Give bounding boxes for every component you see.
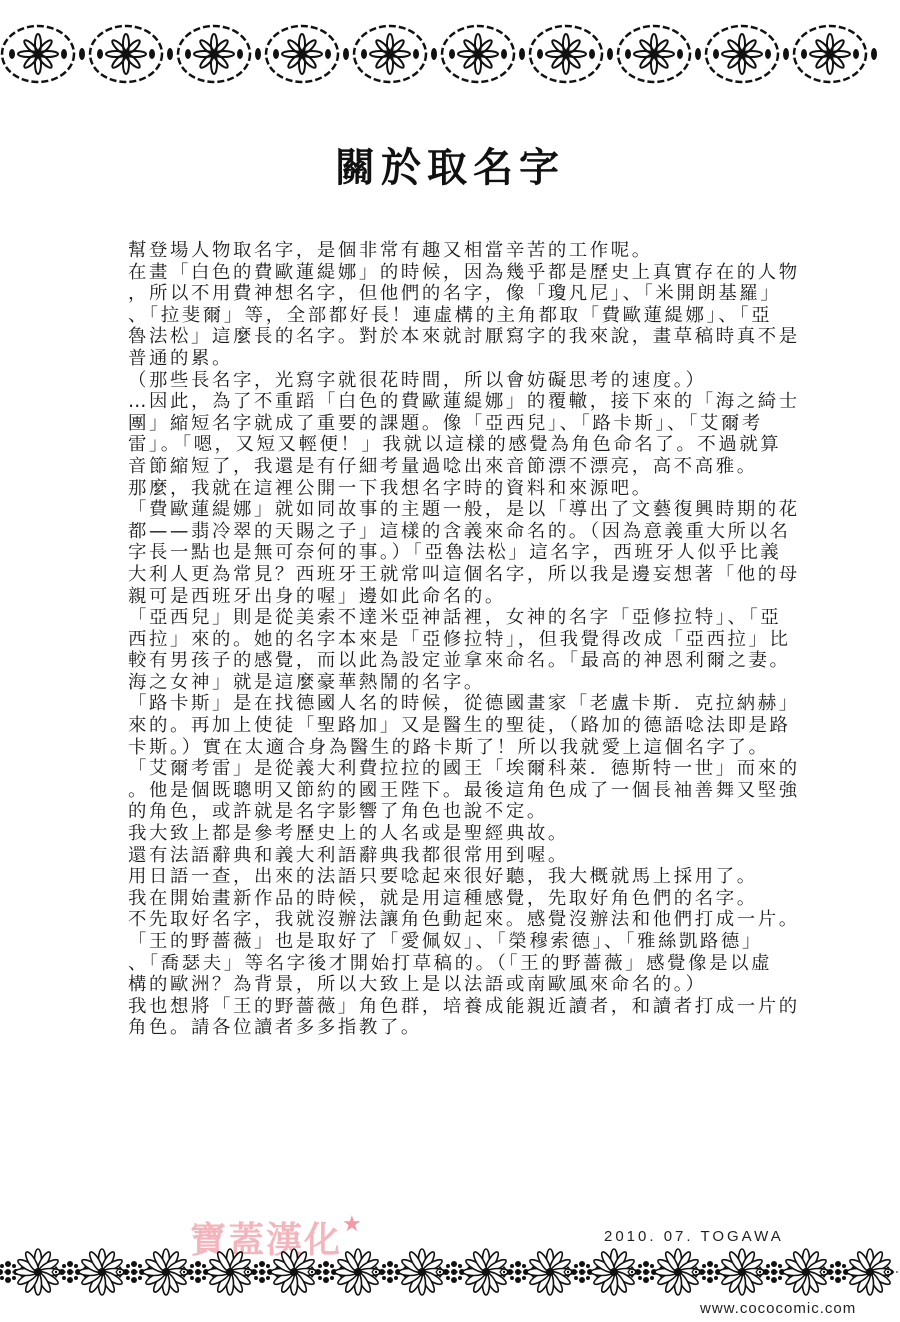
text-line: 「王的野薔薇」也是取好了「愛佩奴」、「榮穆索德」、「雅絲凱路德」 [128,931,828,953]
text-line: ，所以不用費神想名字，但他們的名字，像「瓊凡尼」、「米開朗基羅」 [128,283,828,305]
site-url: www.cococomic.com [700,1300,856,1317]
text-line: 大利人更為常見？西班牙王就常叫這個名字，所以我是邊妄想著「他的母 [128,564,828,586]
text-line: 魯法松」這麼長的名字。對於本來就討厭寫字的我來說，畫草稿時真不是 [128,326,828,348]
text-line: …因此，為了不重蹈「白色的費歐蓮緹娜」的覆轍，接下來的「海之綺士 [128,391,828,413]
text-line: 「路卡斯」是在找德國人名的時候，從德國畫家「老盧卡斯．克拉納赫」 [128,693,828,715]
text-line: 我也想將「王的野薔薇」角色群，培養成能親近讀者，和讀者打成一片的 [128,996,828,1018]
author-signature: 2010. 07. TOGAWA [604,1228,784,1245]
text-line: 不先取好名字，我就沒辦法讓角色動起來。感覺沒辦法和他們打成一片。 [128,909,828,931]
text-line: 西拉」來的。她的名字本來是「亞修拉特」，但我覺得改成「亞西拉」比 [128,629,828,651]
text-line: 在畫「白色的費歐蓮緹娜」的時候，因為幾乎都是歷史上真實存在的人物 [128,262,828,284]
text-line: 海之女神」就是這麼豪華熱鬧的名字。 [128,672,828,694]
text-line: 還有法語辭典和義大利語辭典我都很常用到喔。 [128,845,828,867]
text-line: 那麼，我就在這裡公開一下我想名字時的資料和來源吧。 [128,478,828,500]
text-line: 。他是個既聰明又節約的國王陛下。最後這角色成了一個長袖善舞又堅強 [128,780,828,802]
page-title: 關於取名字 [0,136,900,193]
text-line: 音節縮短了，我還是有仔細考量過唸出來音節漂不漂亮，高不高雅。 [128,456,828,478]
text-line: 我在開始畫新作品的時候，就是用這種感覺，先取好角色們的名字。 [128,888,828,910]
text-line: 團」縮短名字就成了重要的課題。像「亞西兒」、「路卡斯」、「艾爾考 [128,413,828,435]
text-line: 的角色，或許就是名字影響了角色也說不定。 [128,801,828,823]
decorative-flower-border-bottom [0,1246,900,1298]
decorative-lace-border-top [0,22,900,86]
text-line: 來的。再加上使徒「聖路加」又是醫生的聖徒，（路加的德語唸法即是路 [128,715,828,737]
text-line: 我大致上都是參考歷史上的人名或是聖經典故。 [128,823,828,845]
text-line: 幫登場人物取名字，是個非常有趣又相當辛苦的工作呢。 [128,240,828,262]
text-line: 雷」。「嗯，又短又輕便！」我就以這樣的感覺為角色命名了。不過就算 [128,434,828,456]
text-line: （那些長名字，光寫字就很花時間，所以會妨礙思考的速度。） [128,370,828,392]
text-line: 用日語一查，出來的法語只要唸起來很好聽，我大概就馬上採用了。 [128,866,828,888]
text-line: 卡斯。）實在太適合身為醫生的路卡斯了！所以我就愛上這個名字了。 [128,737,828,759]
article-body: 幫登場人物取名字，是個非常有趣又相當辛苦的工作呢。 在畫「白色的費歐蓮緹娜」的時… [128,240,828,1039]
text-line: 、「拉斐爾」等，全部都好長！連虛構的主角都取「費歐蓮緹娜」、「亞 [128,305,828,327]
text-line: 「費歐蓮緹娜」就如同故事的主題一般，是以「導出了文藝復興時期的花 [128,499,828,521]
text-line: 字長一點也是無可奈何的事。）「亞魯法松」這名字，西班牙人似乎比義 [128,542,828,564]
text-line: 親可是西班牙出身的喔」邊如此命名的。 [128,586,828,608]
text-line: 「艾爾考雷」是從義大利費拉拉的國王「埃爾科萊．德斯特一世」而來的 [128,758,828,780]
text-line: 普通的累。 [128,348,828,370]
text-line: 、「喬瑟夫」等名字後才開始打草稿的。（「王的野薔薇」感覺像是以虛 [128,953,828,975]
text-line: 較有男孩子的感覺，而以此為設定並拿來命名。「最高的神恩利爾之妻。 [128,650,828,672]
text-line: 角色。請各位讀者多多指教了。 [128,1017,828,1039]
star-icon: ★ [342,1212,364,1237]
text-line: 都——翡冷翠的天賜之子」這樣的含義來命名的。（因為意義重大所以名 [128,521,828,543]
text-line: 構的歐洲？為背景，所以大致上是以法語或南歐風來命名的。） [128,974,828,996]
text-line: 「亞西兒」則是從美索不達米亞神話裡，女神的名字「亞修拉特」、「亞 [128,607,828,629]
